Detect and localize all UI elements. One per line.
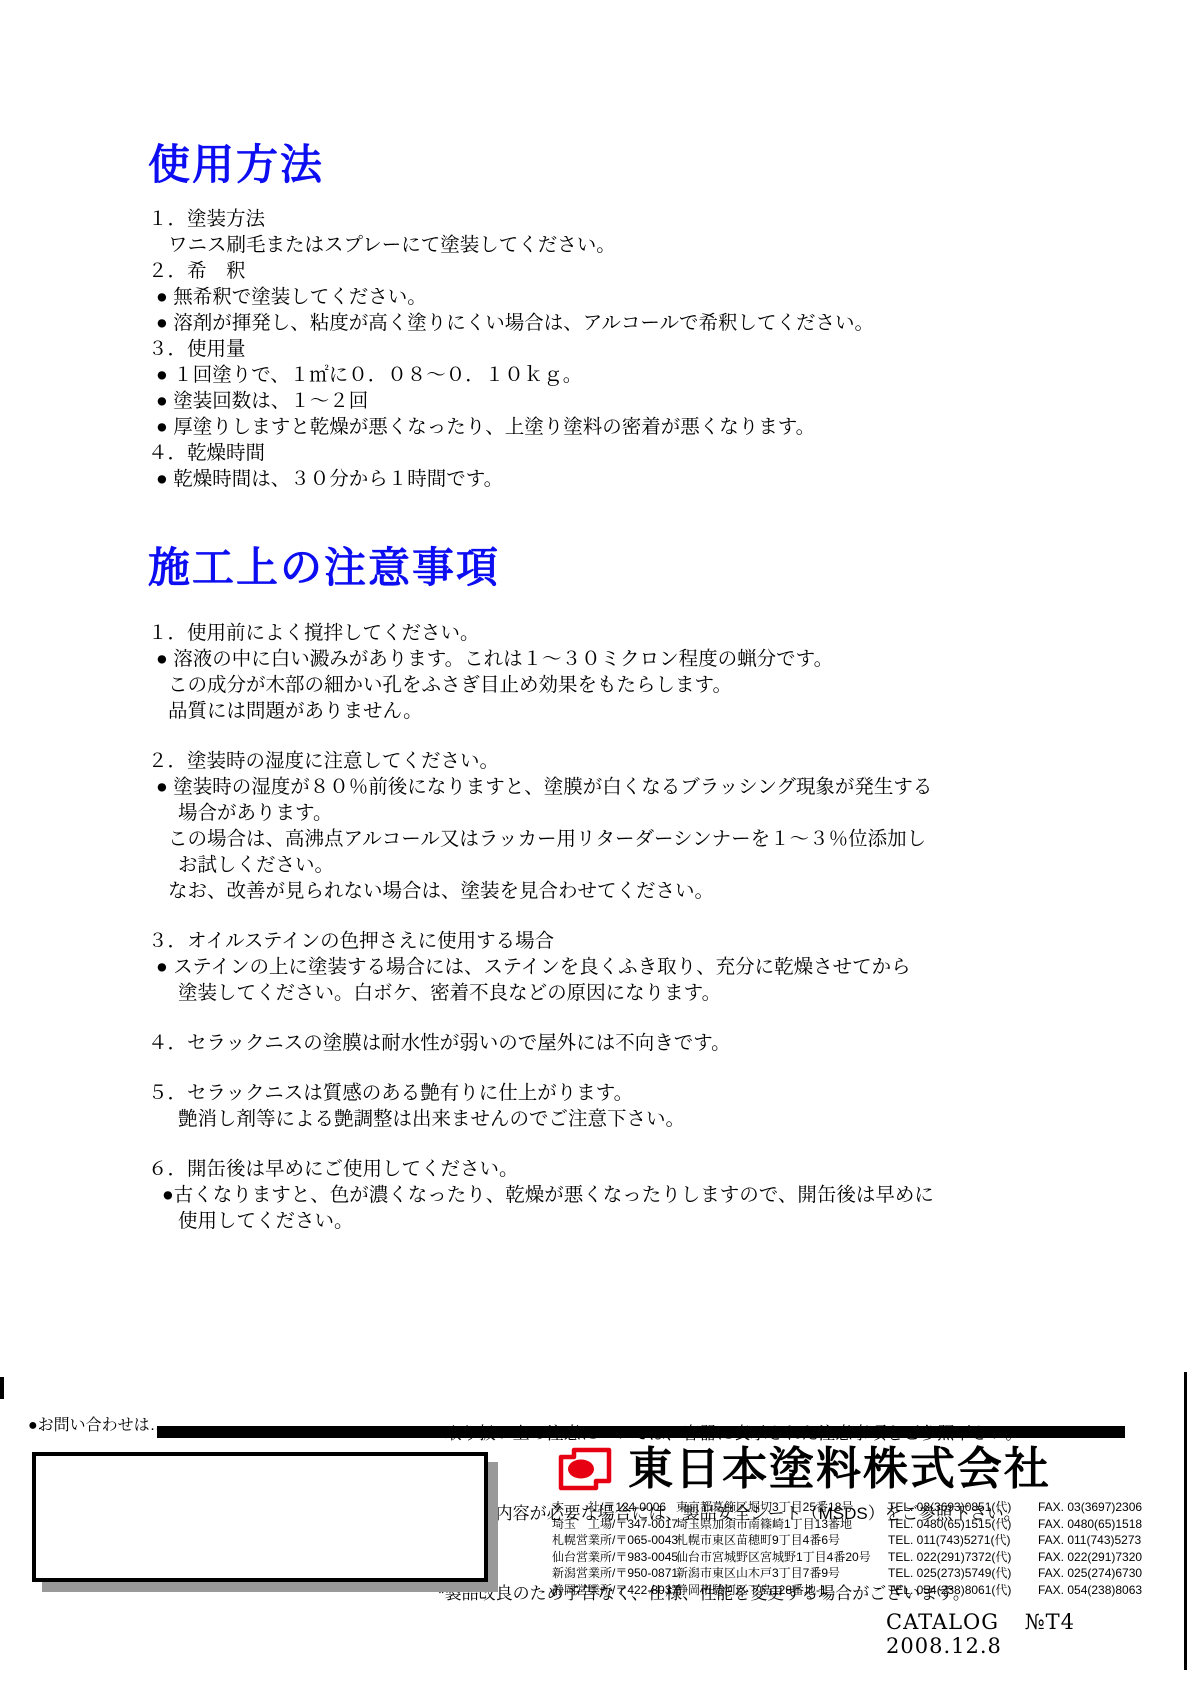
page-edge-line-right	[1184, 1372, 1187, 1670]
text-line: ● 厚塗りしますと乾燥が悪くなったり、上塗り塗料の密着が悪くなります。	[156, 414, 1108, 440]
office-fax: FAX. 03(3697)2306	[1038, 1499, 1158, 1516]
office-fax: FAX. 0480(65)1518	[1038, 1516, 1158, 1533]
text-line: １．塗装方法	[148, 206, 1108, 232]
text-line: 品質には問題がありません。	[168, 698, 1108, 724]
text-line: ２．塗装時の湿度に注意してください。	[148, 748, 1108, 774]
office-row: 埼玉 工場/〒347-0017 埼玉県加須市南篠崎1丁目13番地 TEL. 04…	[552, 1516, 1158, 1533]
text-line: ６．開缶後は早めにご使用してください。	[148, 1156, 1108, 1182]
text-line: 場合があります。	[178, 800, 1108, 826]
office-fax: FAX. 025(274)6730	[1038, 1565, 1158, 1582]
office-tel: TEL. 03(3693)0851(代)	[888, 1499, 1038, 1516]
precaution-instructions: １．使用前によく撹拌してください。 ● 溶液の中に白い澱みがあります。これは１～…	[148, 620, 1108, 1234]
text-line: この成分が木部の細かい孔をふさぎ目止め効果をもたらします。	[168, 672, 1108, 698]
office-row: 仙台営業所/〒983-0045 仙台市宮城野区宮城野1丁目4番20号 TEL. …	[552, 1549, 1158, 1566]
office-address: 埼玉県加須市南篠崎1丁目13番地	[676, 1516, 888, 1533]
office-name: 本 社/〒124-0006	[552, 1499, 676, 1516]
office-address: 仙台市宮城野区宮城野1丁目4番20号	[676, 1549, 888, 1566]
office-fax: FAX. 011(743)5273	[1038, 1532, 1158, 1549]
office-tel: TEL. 022(291)7372(代)	[888, 1549, 1038, 1566]
text-line: ● 無希釈で塗装してください。	[156, 284, 1108, 310]
office-address: 札幌市東区苗穂町9丁目4番6号	[676, 1532, 888, 1549]
text-line: 艶消し剤等による艶調整は出来ませんのでご注意下さい。	[178, 1106, 1108, 1132]
office-name: 札幌営業所/〒065-0043	[552, 1532, 676, 1549]
inquiry-label: ●お問い合わせは…..	[28, 1412, 175, 1435]
company-name: 東日本塗料株式会社	[628, 1446, 1051, 1491]
text-line: ５．セラックニスは質感のある艶有りに仕上がります。	[148, 1080, 1108, 1106]
section-title-precautions: 施工上の注意事項	[148, 545, 500, 591]
page-edge-mark-left	[0, 1377, 4, 1399]
office-name: 静岡営業所/〒422-8037	[552, 1582, 676, 1599]
office-address: 新潟市東区山木戸3丁目7番9号	[676, 1565, 888, 1582]
catalog-date: 2008.12.8	[886, 1634, 1002, 1658]
office-row: 札幌営業所/〒065-0043 札幌市東区苗穂町9丁目4番6号 TEL. 011…	[552, 1532, 1158, 1549]
office-table: 本 社/〒124-0006 東京都葛飾区堀切3丁目25番18号 TEL. 03(…	[552, 1499, 1158, 1598]
catalog-page: 使用方法 １．塗装方法 ワニス刷毛またはスプレーにて塗装してください。 ２．希 …	[0, 0, 1188, 1682]
catalog-no: №T4	[1025, 1610, 1075, 1634]
section-title-usage: 使用方法	[148, 142, 324, 188]
text-line: ● 塗装回数は、１～２回	[156, 388, 1108, 414]
text-line: 塗装してください。白ボケ、密着不良などの原因になります。	[178, 980, 1108, 1006]
text-line: ● 塗装時の湿度が８０％前後になりますと、塗膜が白くなるブラッシング現象が発生す…	[156, 774, 1108, 800]
office-tel: TEL. 0480(65)1515(代)	[888, 1516, 1038, 1533]
office-tel: TEL. 025(273)5749(代)	[888, 1565, 1038, 1582]
office-name: 仙台営業所/〒983-0045	[552, 1549, 676, 1566]
office-row: 新潟営業所/〒950-0871 新潟市東区山木戸3丁目7番9号 TEL. 025…	[552, 1565, 1158, 1582]
text-line: ワニス刷毛またはスプレーにて塗装してください。	[168, 232, 1108, 258]
text-line: ４．乾燥時間	[148, 440, 1108, 466]
text-line: 使用してください。	[178, 1208, 1108, 1234]
contact-box	[32, 1452, 488, 1582]
text-line: ３．オイルステインの色押さえに使用する場合	[148, 928, 1108, 954]
text-line: ４．セラックニスの塗膜は耐水性が弱いので屋外には不向きです。	[148, 1030, 1108, 1056]
office-fax: FAX. 054(238)8063	[1038, 1582, 1158, 1599]
text-line: ● 溶液の中に白い澱みがあります。これは１～３０ミクロン程度の蝋分です。	[156, 646, 1108, 672]
text-line: ● 乾燥時間は、３０分から１時間です。	[156, 466, 1108, 492]
office-tel: TEL. 011(743)5271(代)	[888, 1532, 1038, 1549]
divider-bar	[157, 1426, 1125, 1438]
text-line: ●古くなりますと、色が濃くなったり、乾燥が悪くなったりしますので、開缶後は早めに	[162, 1182, 1108, 1208]
office-address: 東京都葛飾区堀切3丁目25番18号	[676, 1499, 888, 1516]
text-line: ２．希 釈	[148, 258, 1108, 284]
catalog-label: CATALOG	[886, 1610, 999, 1634]
office-row: 静岡営業所/〒422-8037 静岡市駿河区下島128番地-1 TEL. 054…	[552, 1582, 1158, 1599]
office-fax: FAX. 022(291)7320	[1038, 1549, 1158, 1566]
office-tel: TEL. 054(238)8061(代)	[888, 1582, 1038, 1599]
text-line: ● １回塗りで、１㎡に０．０８～０．１０ｋｇ。	[156, 362, 1108, 388]
text-line: お試しください。	[178, 852, 1108, 878]
office-name: 新潟営業所/〒950-0871	[552, 1565, 676, 1582]
text-line: １．使用前によく撹拌してください。	[148, 620, 1108, 646]
text-line: ● 溶剤が揮発し、粘度が高く塗りにくい場合は、アルコールで希釈してください。	[156, 310, 1108, 336]
text-line: この場合は、高沸点アルコール又はラッカー用リターダーシンナーを１～３％位添加し	[168, 826, 1108, 852]
company-logo-icon	[553, 1444, 617, 1494]
text-line: なお、改善が見られない場合は、塗装を見合わせてください。	[168, 878, 1108, 904]
catalog-number: CATALOG №T4 2008.12.8	[886, 1610, 1188, 1658]
office-name: 埼玉 工場/〒347-0017	[552, 1516, 676, 1533]
footnotes: *取り扱い上の注意については、容器に表示された注意事項をご参照下さい。 *詳細な…	[438, 1344, 1022, 1644]
text-line: ● ステインの上に塗装する場合には、ステインを良くふき取り、充分に乾燥させてから	[156, 954, 1108, 980]
office-address: 静岡市駿河区下島128番地-1	[676, 1582, 888, 1599]
usage-instructions: １．塗装方法 ワニス刷毛またはスプレーにて塗装してください。 ２．希 釈 ● 無…	[148, 206, 1108, 492]
text-line: ３．使用量	[148, 336, 1108, 362]
office-row: 本 社/〒124-0006 東京都葛飾区堀切3丁目25番18号 TEL. 03(…	[552, 1499, 1158, 1516]
